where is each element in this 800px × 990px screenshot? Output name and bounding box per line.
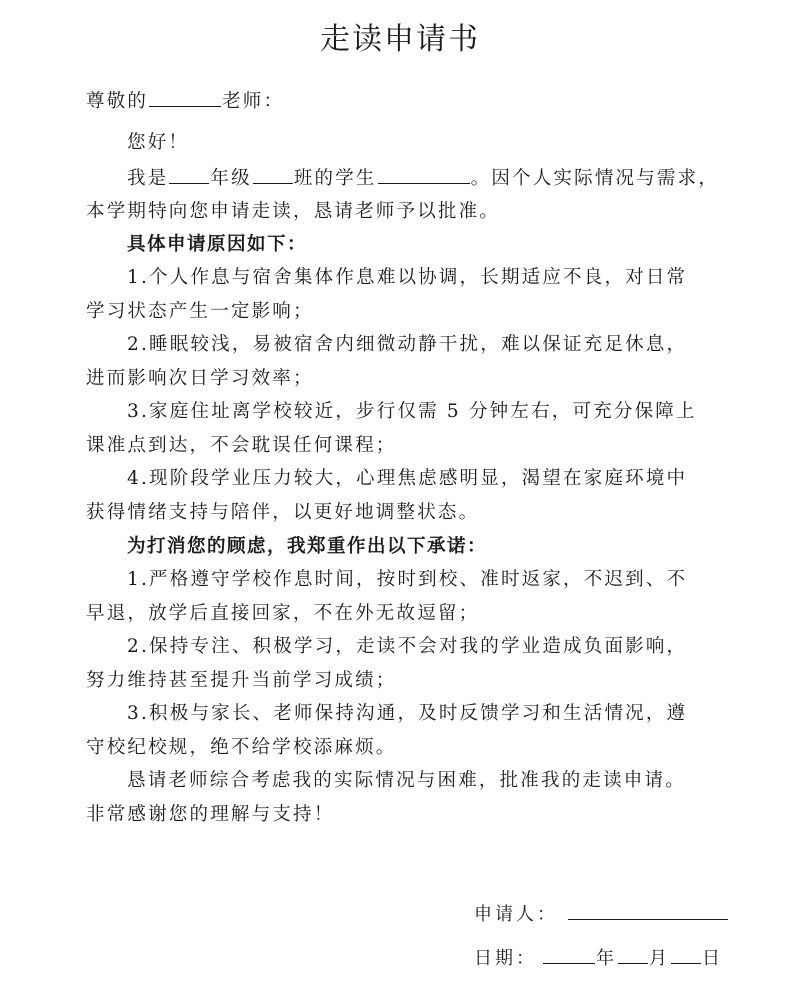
salutation-prefix: 尊敬的 xyxy=(86,91,148,112)
closing-line-2: 非常感谢您的理解与支持！ xyxy=(86,803,726,827)
applicant-signature: 申请人： xyxy=(474,900,729,926)
date-label: 日期： xyxy=(474,948,537,969)
year-blank xyxy=(543,945,595,964)
reason-3-line-1: 3.家庭住址离学校较近，步行仅需 5 分钟左右，可充分保障上 xyxy=(127,400,767,424)
reasons-heading: 具体申请原因如下： xyxy=(127,233,767,257)
salutation: 尊敬的老师： xyxy=(86,88,726,114)
month-blank xyxy=(618,945,648,964)
reason-1-line-1: 1.个人作息与宿舍集体作息难以协调，长期适应不良，对日常 xyxy=(127,266,767,290)
intro-text: 我是 xyxy=(127,168,168,189)
intro-text: 年级 xyxy=(210,168,251,189)
day-label: 日 xyxy=(702,948,723,969)
intro-text: 班的学生 xyxy=(294,168,377,189)
reason-3-line-2: 课准点到达，不会耽误任何课程； xyxy=(86,434,726,458)
applicant-label: 申请人： xyxy=(474,904,558,925)
promise-1-line-1: 1.严格遵守学校作息时间，按时到校、准时返家，不迟到、不 xyxy=(127,568,767,592)
month-label: 月 xyxy=(649,948,670,969)
class-blank xyxy=(253,165,293,184)
student-name-blank xyxy=(378,165,470,184)
promise-2-line-2: 努力维持甚至提升当前学习成绩； xyxy=(86,669,726,693)
promise-1-line-2: 早退，放学后直接回家，不在外无故逗留； xyxy=(86,602,726,626)
intro-line-2: 本学期特向您申请走读，恳请老师予以批准。 xyxy=(86,200,726,224)
year-label: 年 xyxy=(596,948,617,969)
promise-3-line-1: 3.积极与家长、老师保持沟通，及时反馈学习和生活情况，遵 xyxy=(127,702,767,726)
promise-3-line-2: 守校纪校规，绝不给学校添麻烦。 xyxy=(86,736,726,760)
reason-4-line-1: 4.现阶段学业压力较大，心理焦虑感明显，渴望在家庭环境中 xyxy=(127,467,767,491)
teacher-name-blank xyxy=(149,88,221,107)
applicant-blank xyxy=(568,901,728,920)
promise-2-line-1: 2.保持专注、积极学习，走读不会对我的学业造成负面影响， xyxy=(127,635,767,659)
grade-blank xyxy=(169,165,209,184)
reason-4-line-2: 获得情绪支持与陪伴，以更好地调整状态。 xyxy=(86,501,726,525)
greeting: 您好！ xyxy=(127,131,767,155)
salutation-suffix: 老师： xyxy=(222,91,284,112)
intro-text: 。因个人实际情况与需求， xyxy=(471,168,719,189)
day-blank xyxy=(671,945,701,964)
promises-heading: 为打消您的顾虑，我郑重作出以下承诺： xyxy=(127,535,767,559)
reason-2-line-2: 进而影响次日学习效率； xyxy=(86,367,726,391)
intro-line-1: 我是年级班的学生。因个人实际情况与需求， xyxy=(127,165,767,191)
date-signature: 日期：年月日 xyxy=(474,944,723,970)
reason-2-line-1: 2.睡眠较浅，易被宿舍内细微动静干扰，难以保证充足休息， xyxy=(127,333,767,357)
reason-1-line-2: 学习状态产生一定影响； xyxy=(86,300,726,324)
closing-line-1: 恳请老师综合考虑我的实际情况与困难，批准我的走读申请。 xyxy=(127,769,767,793)
document-title: 走读申请书 xyxy=(0,14,800,58)
